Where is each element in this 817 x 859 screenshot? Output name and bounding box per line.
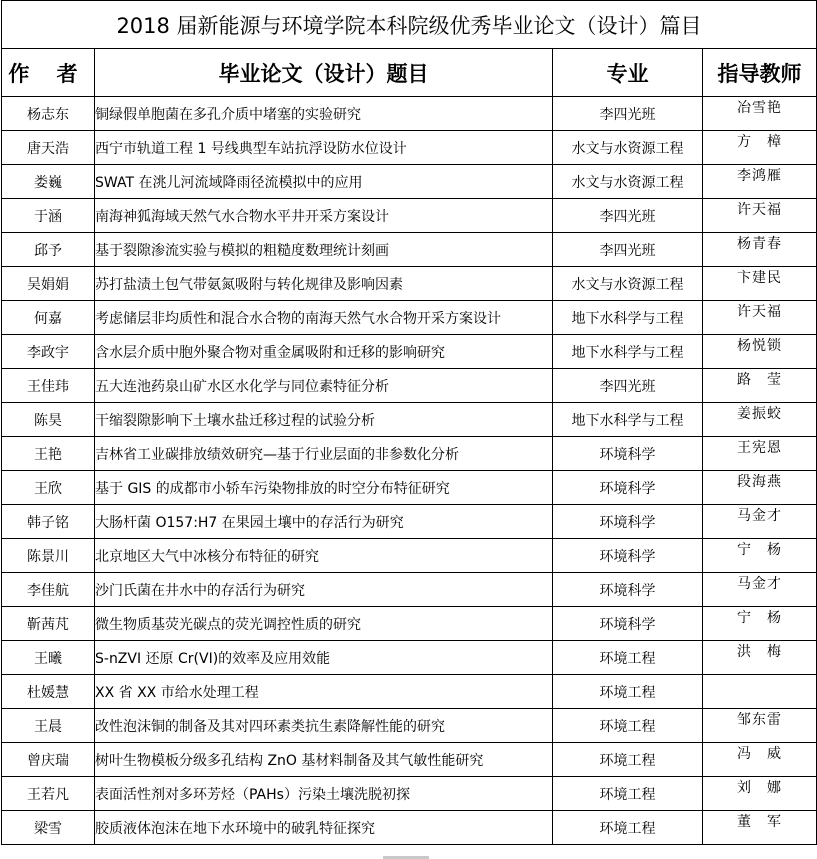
author-cell: 邱予 xyxy=(2,233,95,267)
thesis-title-cell: S-nZVI 还原 Cr(VI)的效率及应用效能 xyxy=(95,641,553,675)
author-cell: 陈昊 xyxy=(2,403,95,437)
author-cell: 李政宇 xyxy=(2,335,95,369)
advisor-cell: 冶雪艳 xyxy=(703,97,817,131)
table-row: 李政宇含水层介质中胞外聚合物对重金属吸附和迁移的影响研究地下水科学与工程杨悦锁 xyxy=(2,335,817,369)
table-row: 杜媛慧XX 省 XX 市给水处理工程环境工程 xyxy=(2,675,817,709)
advisor-cell: 路 莹 xyxy=(703,369,817,403)
thesis-title-cell: 胶质液体泡沫在地下水环境中的破乳特征探究 xyxy=(95,811,553,845)
advisor-cell: 方 樟 xyxy=(703,131,817,165)
header-advisor: 指导教师 xyxy=(703,49,817,97)
major-cell: 环境科学 xyxy=(553,607,703,641)
table-row: 王若凡表面活性剂对多环芳烃（PAHs）污染土壤洗脱初探环境工程刘 娜 xyxy=(2,777,817,811)
author-cell: 王晨 xyxy=(2,709,95,743)
advisor-cell: 董 军 xyxy=(703,811,817,845)
table-row: 王晨改性泡沫铜的制备及其对四环素类抗生素降解性能的研究环境工程邹东雷 xyxy=(2,709,817,743)
thesis-title-cell: 吉林省工业碳排放绩效研究—基于行业层面的非参数化分析 xyxy=(95,437,553,471)
thesis-title-cell: 西宁市轨道工程 1 号线典型车站抗浮设防水位设计 xyxy=(95,131,553,165)
table-row: 何嘉考虑储层非均质性和混合水合物的南海天然气水合物开采方案设计地下水科学与工程许… xyxy=(2,301,817,335)
major-cell: 环境工程 xyxy=(553,777,703,811)
advisor-cell: 杨青春 xyxy=(703,233,817,267)
major-cell: 地下水科学与工程 xyxy=(553,335,703,369)
table-row: 靳茜芃微生物质基荧光碳点的荧光调控性质的研究环境科学宁 杨 xyxy=(2,607,817,641)
thesis-title-cell: 树叶生物模板分级多孔结构 ZnO 基材料制备及其气敏性能研究 xyxy=(95,743,553,777)
thesis-title-cell: 微生物质基荧光碳点的荧光调控性质的研究 xyxy=(95,607,553,641)
advisor-cell: 邹东雷 xyxy=(703,709,817,743)
author-cell: 于涵 xyxy=(2,199,95,233)
author-cell: 王艳 xyxy=(2,437,95,471)
advisor-cell: 宁 杨 xyxy=(703,539,817,573)
thesis-title-cell: 干缩裂隙影响下土壤水盐迁移过程的试验分析 xyxy=(95,403,553,437)
advisor-cell: 洪 梅 xyxy=(703,641,817,675)
thesis-title-cell: 南海神狐海域天然气水合物水平井开采方案设计 xyxy=(95,199,553,233)
table-row: 王佳玮五大连池药泉山矿水区水化学与同位素特征分析李四光班路 莹 xyxy=(2,369,817,403)
major-cell: 水文与水资源工程 xyxy=(553,267,703,301)
author-cell: 杨志东 xyxy=(2,97,95,131)
thesis-list-table: 2018 届新能源与环境学院本科院级优秀毕业论文（设计）篇目 作 者 毕业论文（… xyxy=(1,0,817,845)
author-cell: 王若凡 xyxy=(2,777,95,811)
major-cell: 环境工程 xyxy=(553,743,703,777)
table-row: 王艳吉林省工业碳排放绩效研究—基于行业层面的非参数化分析环境科学王宪恩 xyxy=(2,437,817,471)
major-cell: 水文与水资源工程 xyxy=(553,131,703,165)
thesis-title-cell: 改性泡沫铜的制备及其对四环素类抗生素降解性能的研究 xyxy=(95,709,553,743)
thesis-title-cell: SWAT 在洮儿河流域降雨径流模拟中的应用 xyxy=(95,165,553,199)
advisor-cell: 宁 杨 xyxy=(703,607,817,641)
thesis-title-cell: 沙门氏菌在井水中的存活行为研究 xyxy=(95,573,553,607)
table-row: 于涵南海神狐海域天然气水合物水平井开采方案设计李四光班许天福 xyxy=(2,199,817,233)
advisor-cell xyxy=(703,675,817,709)
major-cell: 李四光班 xyxy=(553,233,703,267)
table-row: 陈昊干缩裂隙影响下土壤水盐迁移过程的试验分析地下水科学与工程姜振蛟 xyxy=(2,403,817,437)
table-row: 娄巍SWAT 在洮儿河流域降雨径流模拟中的应用水文与水资源工程李鸿雁 xyxy=(2,165,817,199)
advisor-cell: 马金才 xyxy=(703,573,817,607)
major-cell: 李四光班 xyxy=(553,369,703,403)
author-cell: 韩子铭 xyxy=(2,505,95,539)
advisor-cell: 马金才 xyxy=(703,505,817,539)
thesis-title-cell: 基于 GIS 的成都市小轿车污染物排放的时空分布特征研究 xyxy=(95,471,553,505)
major-cell: 环境工程 xyxy=(553,709,703,743)
table-row: 杨志东铜绿假单胞菌在多孔介质中堵塞的实验研究李四光班冶雪艳 xyxy=(2,97,817,131)
author-cell: 靳茜芃 xyxy=(2,607,95,641)
table-row: 李佳航沙门氏菌在井水中的存活行为研究环境科学马金才 xyxy=(2,573,817,607)
thesis-title-cell: XX 省 XX 市给水处理工程 xyxy=(95,675,553,709)
document-title: 2018 届新能源与环境学院本科院级优秀毕业论文（设计）篇目 xyxy=(2,1,817,49)
thesis-title-cell: 铜绿假单胞菌在多孔介质中堵塞的实验研究 xyxy=(95,97,553,131)
advisor-cell: 许天福 xyxy=(703,301,817,335)
table-row: 韩子铭大肠杆菌 O157:H7 在果园土壤中的存活行为研究环境科学马金才 xyxy=(2,505,817,539)
author-cell: 吴娟娟 xyxy=(2,267,95,301)
major-cell: 环境科学 xyxy=(553,471,703,505)
header-major: 专业 xyxy=(553,49,703,97)
advisor-cell: 姜振蛟 xyxy=(703,403,817,437)
author-cell: 李佳航 xyxy=(2,573,95,607)
thesis-title-cell: 苏打盐渍土包气带氨氮吸附与转化规律及影响因素 xyxy=(95,267,553,301)
table-row: 梁雪胶质液体泡沫在地下水环境中的破乳特征探究环境工程董 军 xyxy=(2,811,817,845)
author-cell: 曾庆瑞 xyxy=(2,743,95,777)
author-cell: 王欣 xyxy=(2,471,95,505)
author-cell: 娄巍 xyxy=(2,165,95,199)
thesis-title-cell: 表面活性剂对多环芳烃（PAHs）污染土壤洗脱初探 xyxy=(95,777,553,811)
thesis-title-cell: 大肠杆菌 O157:H7 在果园土壤中的存活行为研究 xyxy=(95,505,553,539)
header-thesis-title: 毕业论文（设计）题目 xyxy=(95,49,553,97)
major-cell: 水文与水资源工程 xyxy=(553,165,703,199)
table-row: 曾庆瑞树叶生物模板分级多孔结构 ZnO 基材料制备及其气敏性能研究环境工程冯 威 xyxy=(2,743,817,777)
table-row: 吴娟娟苏打盐渍土包气带氨氮吸附与转化规律及影响因素水文与水资源工程卞建民 xyxy=(2,267,817,301)
thesis-title-cell: 五大连池药泉山矿水区水化学与同位素特征分析 xyxy=(95,369,553,403)
advisor-cell: 许天福 xyxy=(703,199,817,233)
major-cell: 李四光班 xyxy=(553,97,703,131)
advisor-cell: 刘 娜 xyxy=(703,777,817,811)
major-cell: 地下水科学与工程 xyxy=(553,301,703,335)
major-cell: 环境科学 xyxy=(553,437,703,471)
major-cell: 环境工程 xyxy=(553,675,703,709)
table-row: 唐天浩西宁市轨道工程 1 号线典型车站抗浮设防水位设计水文与水资源工程方 樟 xyxy=(2,131,817,165)
table-row: 王曦S-nZVI 还原 Cr(VI)的效率及应用效能环境工程洪 梅 xyxy=(2,641,817,675)
major-cell: 环境科学 xyxy=(553,573,703,607)
thesis-title-cell: 含水层介质中胞外聚合物对重金属吸附和迁移的影响研究 xyxy=(95,335,553,369)
header-row: 作 者 毕业论文（设计）题目 专业 指导教师 xyxy=(2,49,817,97)
thesis-title-cell: 基于裂隙渗流实验与模拟的粗糙度数理统计刻画 xyxy=(95,233,553,267)
major-cell: 地下水科学与工程 xyxy=(553,403,703,437)
advisor-cell: 冯 威 xyxy=(703,743,817,777)
header-author: 作 者 xyxy=(2,49,95,97)
table-row: 邱予基于裂隙渗流实验与模拟的粗糙度数理统计刻画李四光班杨青春 xyxy=(2,233,817,267)
major-cell: 环境工程 xyxy=(553,641,703,675)
thesis-title-cell: 北京地区大气中冰核分布特征的研究 xyxy=(95,539,553,573)
author-cell: 王佳玮 xyxy=(2,369,95,403)
author-cell: 梁雪 xyxy=(2,811,95,845)
author-cell: 陈景川 xyxy=(2,539,95,573)
author-cell: 唐天浩 xyxy=(2,131,95,165)
author-cell: 杜媛慧 xyxy=(2,675,95,709)
author-cell: 何嘉 xyxy=(2,301,95,335)
major-cell: 环境科学 xyxy=(553,539,703,573)
major-cell: 李四光班 xyxy=(553,199,703,233)
advisor-cell: 卞建民 xyxy=(703,267,817,301)
advisor-cell: 王宪恩 xyxy=(703,437,817,471)
author-cell: 王曦 xyxy=(2,641,95,675)
advisor-cell: 李鸿雁 xyxy=(703,165,817,199)
title-row: 2018 届新能源与环境学院本科院级优秀毕业论文（设计）篇目 xyxy=(2,1,817,49)
thesis-title-cell: 考虑储层非均质性和混合水合物的南海天然气水合物开采方案设计 xyxy=(95,301,553,335)
major-cell: 环境科学 xyxy=(553,505,703,539)
table-row: 陈景川北京地区大气中冰核分布特征的研究环境科学宁 杨 xyxy=(2,539,817,573)
major-cell: 环境工程 xyxy=(553,811,703,845)
advisor-cell: 杨悦锁 xyxy=(703,335,817,369)
advisor-cell: 段海燕 xyxy=(703,471,817,505)
table-row: 王欣基于 GIS 的成都市小轿车污染物排放的时空分布特征研究环境科学段海燕 xyxy=(2,471,817,505)
